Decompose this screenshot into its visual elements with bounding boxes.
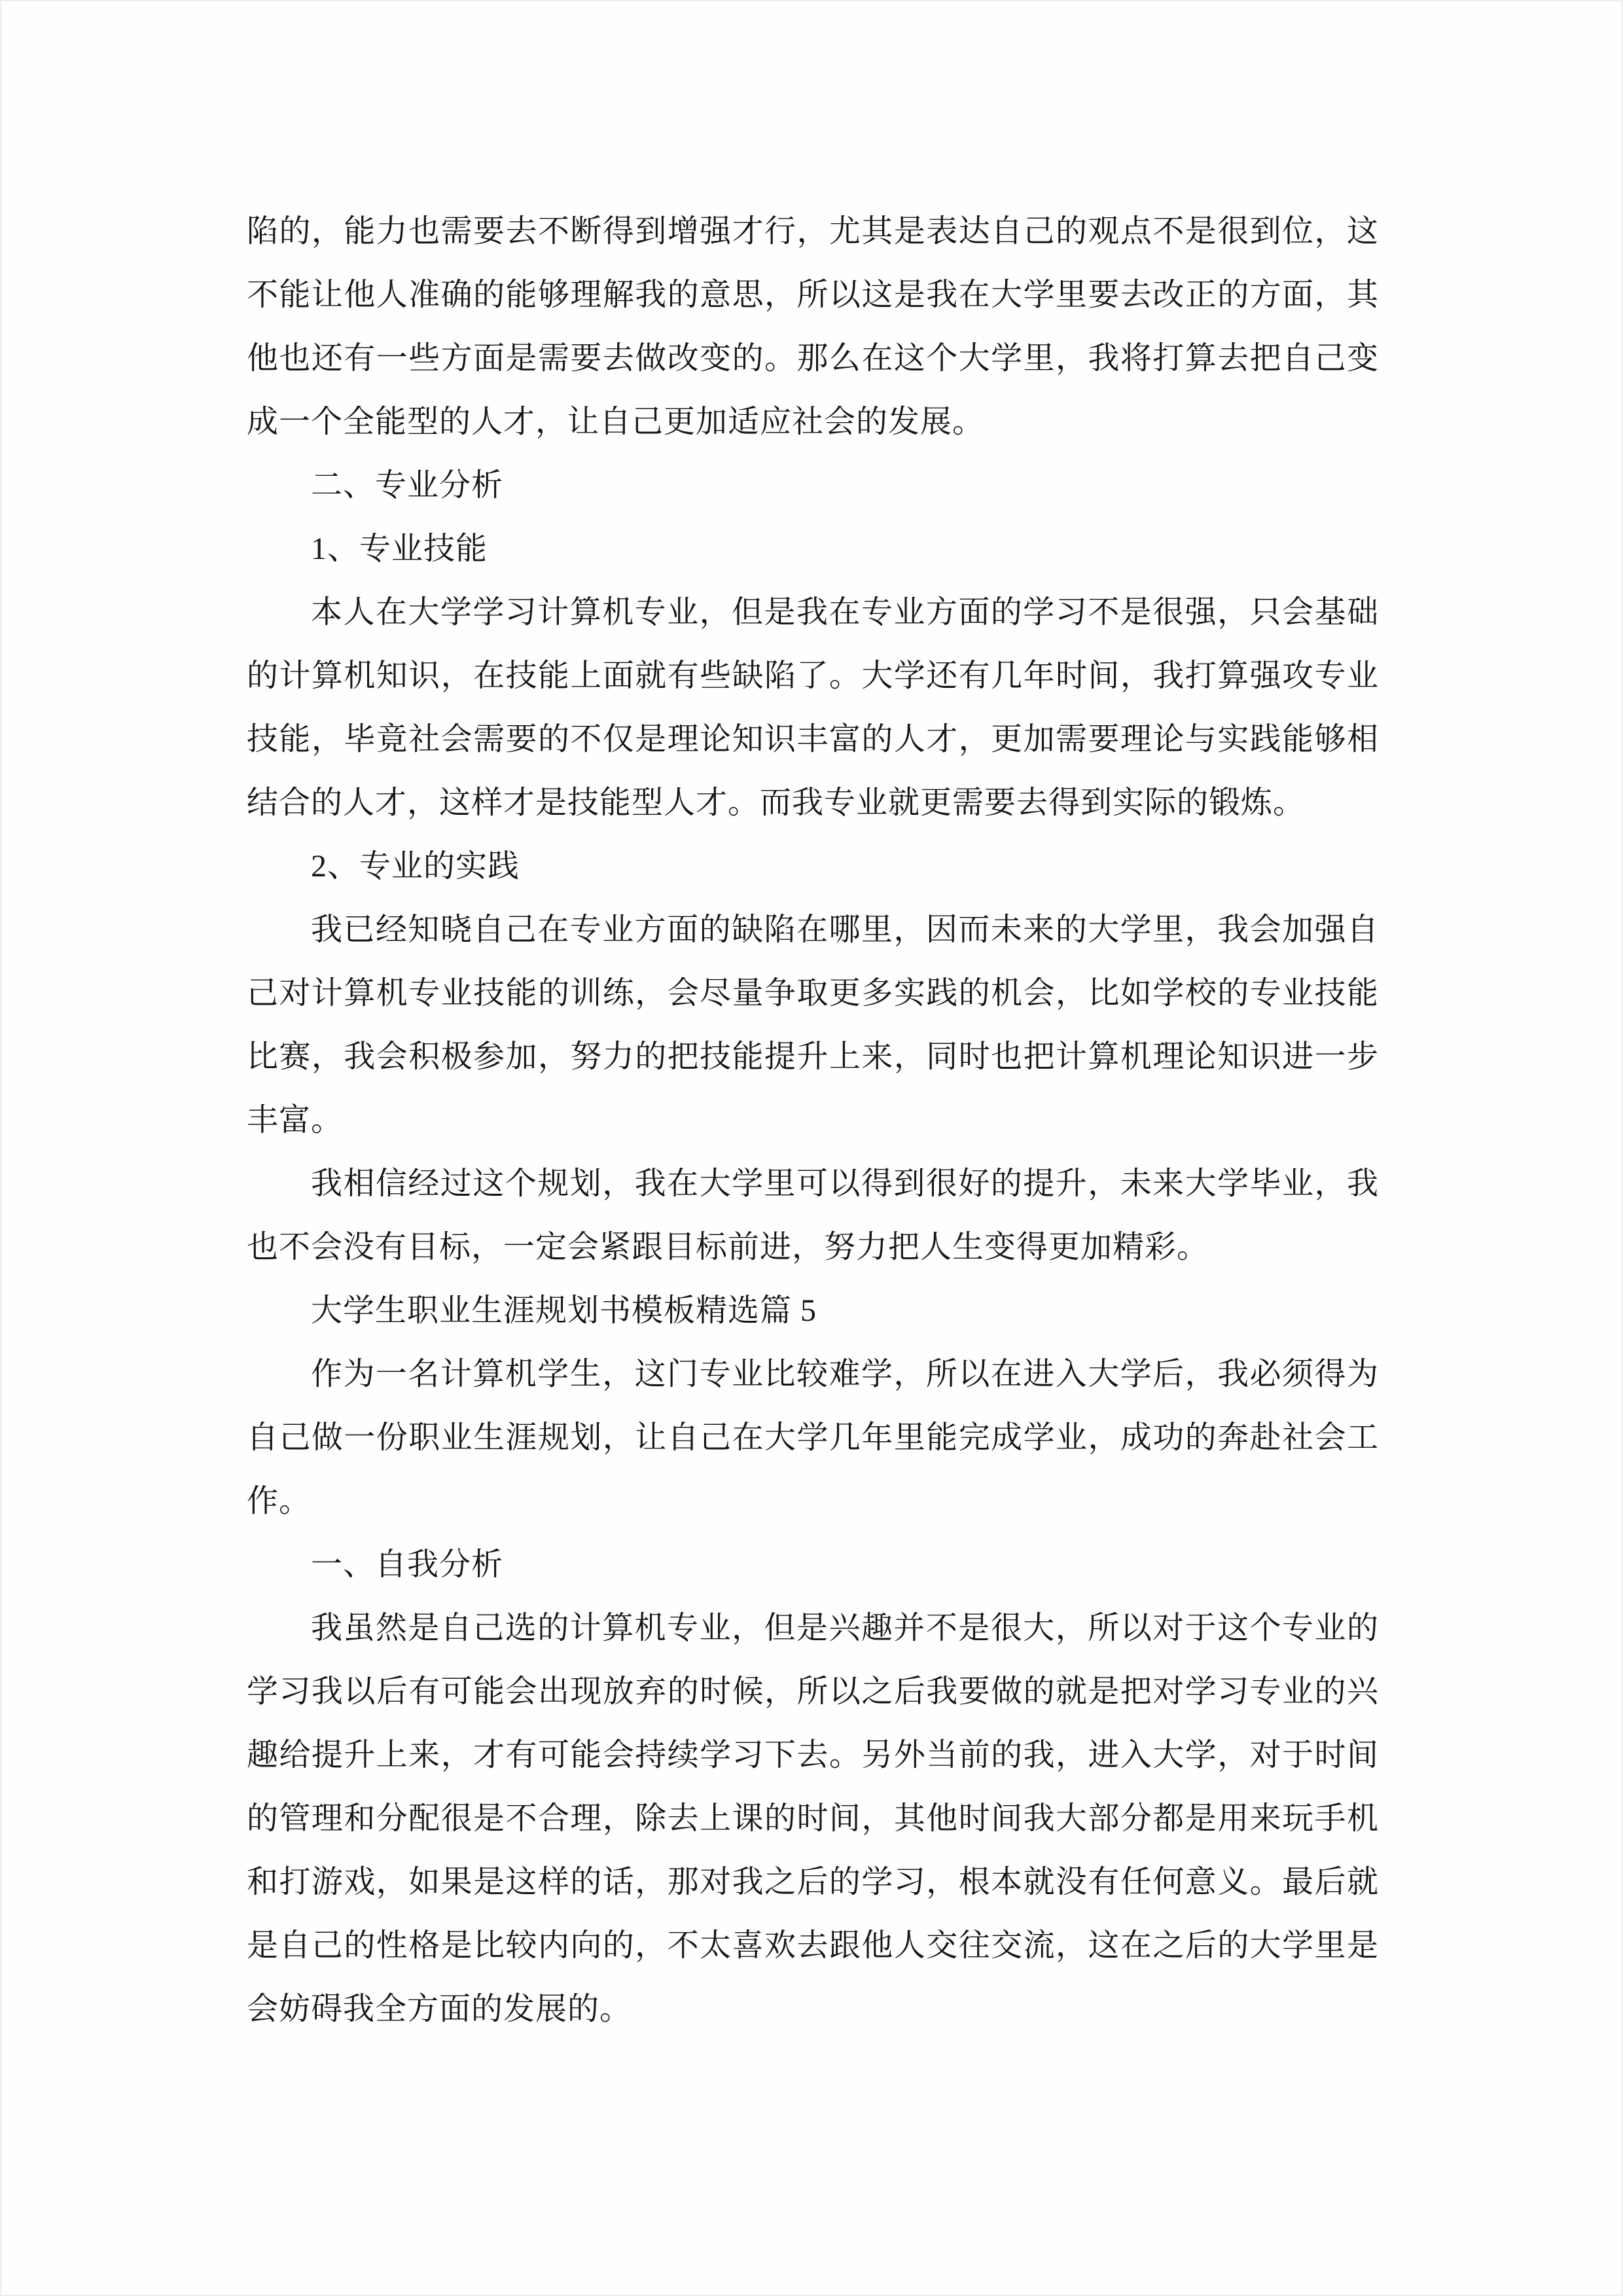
paragraph: 二、专业分析: [247, 454, 1379, 517]
paragraph: 本人在大学学习计算机专业，但是我在专业方面的学习不是很强，只会基础的计算机知识，…: [247, 581, 1379, 834]
document-page: 陷的，能力也需要去不断得到增强才行，尤其是表达自己的观点不是很到位，这不能让他人…: [0, 0, 1623, 2296]
paragraph: 2、专业的实践: [247, 834, 1379, 898]
document-body-text: 陷的，能力也需要去不断得到增强才行，尤其是表达自己的观点不是很到位，这不能让他人…: [247, 200, 1379, 2041]
paragraph: 1、专业技能: [247, 517, 1379, 581]
paragraph: 大学生职业生涯规划书模板精选篇 5: [247, 1279, 1379, 1342]
paragraph: 我虽然是自己选的计算机专业，但是兴趣并不是很大，所以对于这个专业的学习我以后有可…: [247, 1596, 1379, 2041]
paragraph: 我已经知晓自己在专业方面的缺陷在哪里，因而未来的大学里，我会加强自己对计算机专业…: [247, 898, 1379, 1152]
paragraph: 一、自我分析: [247, 1533, 1379, 1596]
paragraph: 我相信经过这个规划，我在大学里可以得到很好的提升，未来大学毕业，我也不会没有目标…: [247, 1152, 1379, 1279]
paragraph: 作为一名计算机学生，这门专业比较难学，所以在进入大学后，我必须得为自己做一份职业…: [247, 1342, 1379, 1533]
paragraph: 陷的，能力也需要去不断得到增强才行，尤其是表达自己的观点不是很到位，这不能让他人…: [247, 200, 1379, 454]
